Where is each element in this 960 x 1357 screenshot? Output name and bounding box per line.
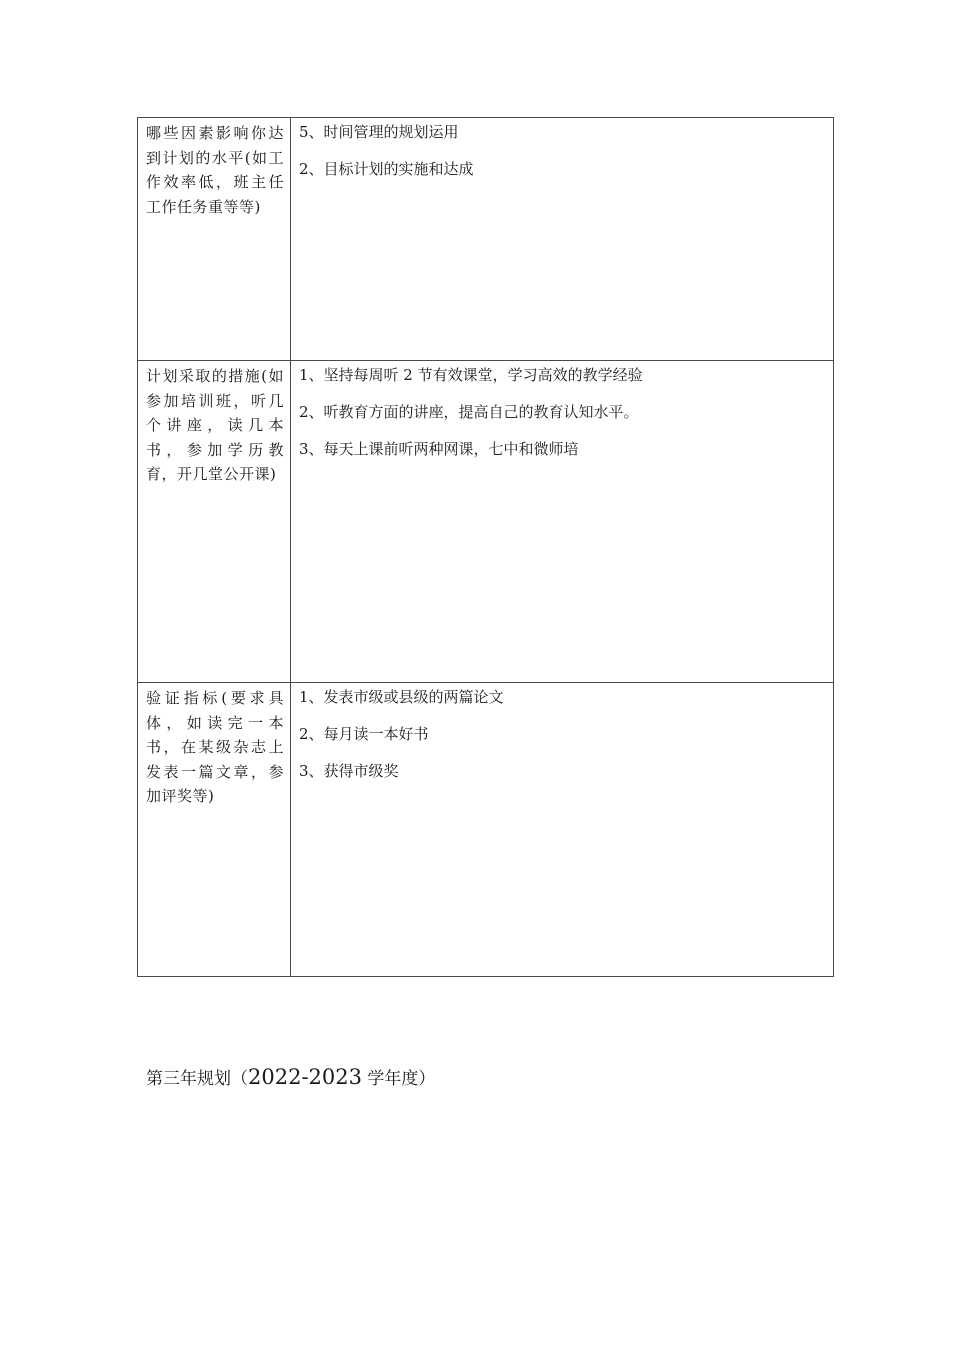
heading-suffix: 学年度） [362, 1069, 435, 1089]
heading-years: 2022-2023 [248, 1065, 362, 1089]
row-content-indicators: 1、发表市级或县级的两篇论文 2、每月读一本好书 3、获得市级奖 [291, 683, 834, 977]
list-item: 1、坚持每周听 2 节有效课堂，学习高效的教学经验 [299, 363, 825, 387]
table-row: 计划采取的措施(如参加培训班，听几个讲座，读几本书，参加学历教育，开几堂公开课)… [138, 361, 834, 683]
list-item: 3、获得市级奖 [299, 759, 825, 783]
list-item: 3、每天上课前听两种网课，七中和微师培 [299, 437, 825, 461]
plan-table: 哪些因素影响你达到计划的水平(如工作效率低，班主任工作任务重等等) 5、时间管理… [137, 117, 834, 977]
list-item: 1、发表市级或县级的两篇论文 [299, 685, 825, 709]
row-label-indicators: 验证指标(要求具体，如读完一本书，在某级杂志上发表一篇文章，参加评奖等) [138, 683, 291, 977]
list-item: 2、目标计划的实施和达成 [299, 157, 825, 181]
table-row: 验证指标(要求具体，如读完一本书，在某级杂志上发表一篇文章，参加评奖等) 1、发… [138, 683, 834, 977]
heading-prefix: 第三年规划（ [146, 1069, 248, 1089]
row-label-factors: 哪些因素影响你达到计划的水平(如工作效率低，班主任工作任务重等等) [138, 118, 291, 361]
table-row: 哪些因素影响你达到计划的水平(如工作效率低，班主任工作任务重等等) 5、时间管理… [138, 118, 834, 361]
row-label-measures: 计划采取的措施(如参加培训班，听几个讲座，读几本书，参加学历教育，开几堂公开课) [138, 361, 291, 683]
list-item: 5、时间管理的规划运用 [299, 120, 825, 144]
row-content-factors: 5、时间管理的规划运用 2、目标计划的实施和达成 [291, 118, 834, 361]
list-item: 2、每月读一本好书 [299, 722, 825, 746]
section-heading: 第三年规划（2022-2023 学年度） [146, 1064, 435, 1089]
row-content-measures: 1、坚持每周听 2 节有效课堂，学习高效的教学经验 2、听教育方面的讲座，提高自… [291, 361, 834, 683]
list-item: 2、听教育方面的讲座，提高自己的教育认知水平。 [299, 400, 825, 424]
